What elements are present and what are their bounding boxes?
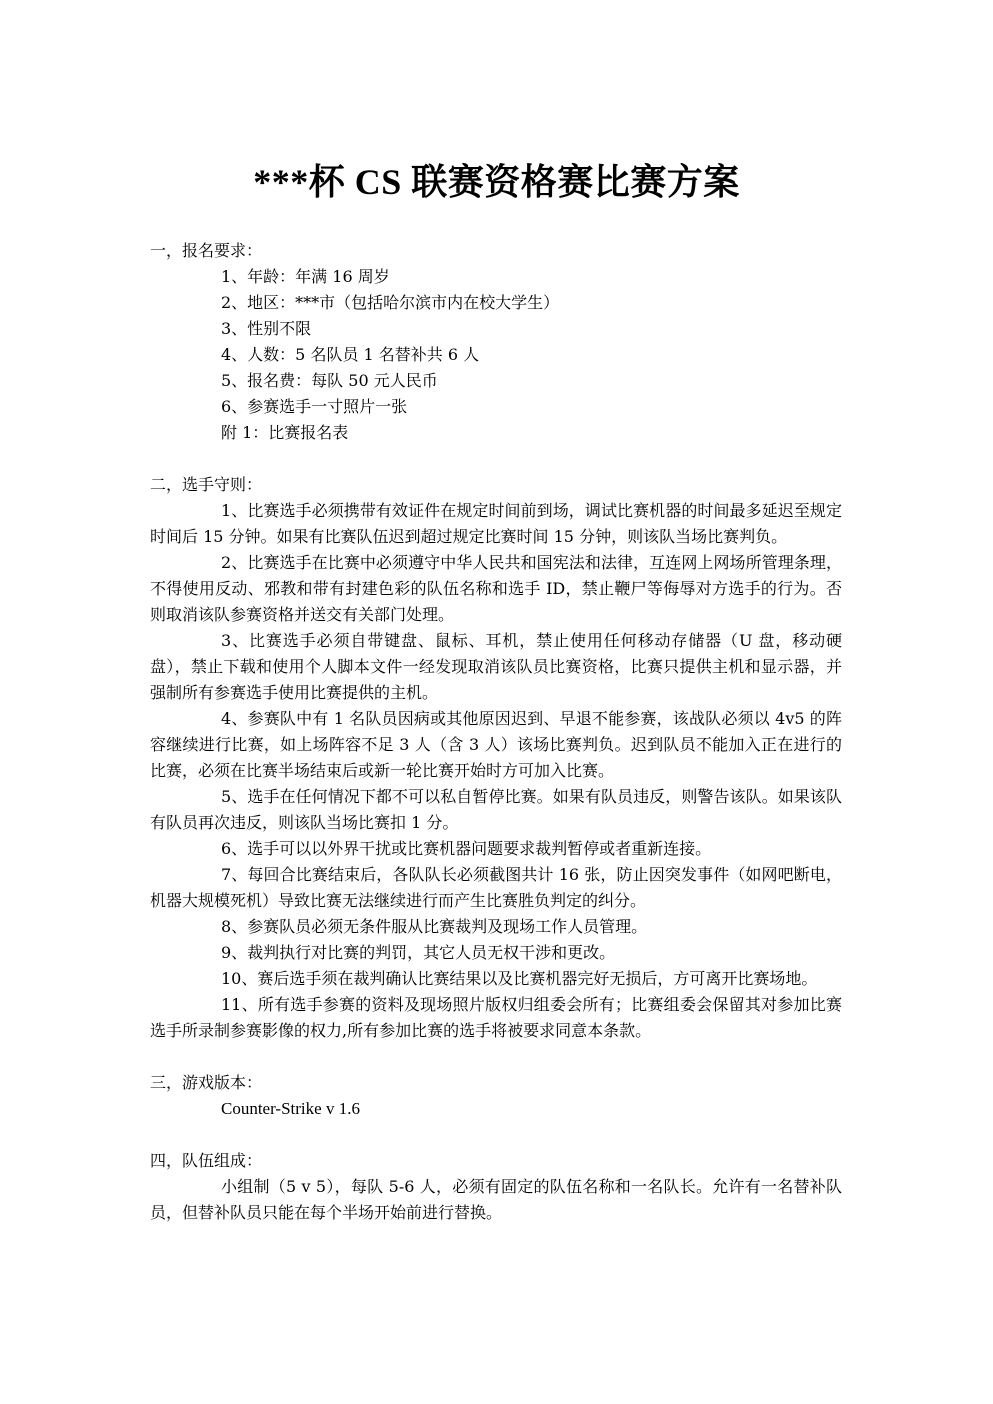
requirement-fee: 5、报名费：每队 50 元人民币 [150, 368, 842, 394]
rule-paragraph: 6、选手可以以外界干扰或比赛机器问题要求裁判暂停或者重新连接。 [150, 836, 842, 862]
rule-paragraph: 5、选手在任何情况下都不可以私自暂停比赛。如果有队员违反，则警告该队。如果该队有… [150, 784, 842, 836]
section-heading: 四，队伍组成： [150, 1148, 842, 1174]
rule-paragraph: 9、裁判执行对比赛的判罚，其它人员无权干涉和更改。 [150, 940, 842, 966]
requirement-region: 2、地区：***市（包括哈尔滨市内在校大学生） [150, 290, 842, 316]
game-version-value: Counter-Strike v 1.6 [150, 1096, 842, 1122]
section-registration-requirements: 一，报名要求： 1、年龄：年满 16 周岁 2、地区：***市（包括哈尔滨市内在… [150, 238, 842, 446]
document-title: ***杯 CS 联赛资格赛比赛方案 [0, 158, 993, 206]
rule-paragraph: 1、比赛选手必须携带有效证件在规定时间前到场，调试比赛机器的时间最多延迟至规定时… [150, 498, 842, 550]
document-body: 一，报名要求： 1、年龄：年满 16 周岁 2、地区：***市（包括哈尔滨市内在… [150, 238, 842, 1252]
rule-paragraph: 4、参赛队中有 1 名队员因病或其他原因迟到、早退不能参赛，该战队必须以 4v5… [150, 706, 842, 784]
rule-paragraph: 3、比赛选手必须自带键盘、鼠标、耳机，禁止使用任何移动存储器（U 盘，移动硬盘）… [150, 628, 842, 706]
section-player-rules: 二，选手守则： 1、比赛选手必须携带有效证件在规定时间前到场，调试比赛机器的时间… [150, 472, 842, 1044]
section-heading: 一，报名要求： [150, 238, 842, 264]
requirement-team-size: 4、人数：5 名队员 1 名替补共 6 人 [150, 342, 842, 368]
requirement-age: 1、年龄：年满 16 周岁 [150, 264, 842, 290]
rule-paragraph: 7、每回合比赛结束后，各队队长必须截图共计 16 张，防止因突发事件（如网吧断电… [150, 862, 842, 914]
section-team-composition: 四，队伍组成： 小组制（5 v 5），每队 5-6 人，必须有固定的队伍名称和一… [150, 1148, 842, 1226]
section-heading: 二，选手守则： [150, 472, 842, 498]
section-heading: 三，游戏版本： [150, 1070, 842, 1096]
rule-paragraph: 8、参赛队员必须无条件服从比赛裁判及现场工作人员管理。 [150, 914, 842, 940]
rule-paragraph: 11、所有选手参赛的资料及现场照片版权归组委会所有；比赛组委会保留其对参加比赛选… [150, 992, 842, 1044]
attachment-registration-form: 附 1：比赛报名表 [150, 420, 842, 446]
rule-paragraph: 10、赛后选手须在裁判确认比赛结果以及比赛机器完好无损后，方可离开比赛场地。 [150, 966, 842, 992]
requirement-photo: 6、参赛选手一寸照片一张 [150, 394, 842, 420]
requirement-gender: 3、性别不限 [150, 316, 842, 342]
team-composition-paragraph: 小组制（5 v 5），每队 5-6 人，必须有固定的队伍名称和一名队长。允许有一… [150, 1174, 842, 1226]
rule-paragraph: 2、比赛选手在比赛中必须遵守中华人民共和国宪法和法律，互连网上网场所管理条理，不… [150, 550, 842, 628]
section-game-version: 三，游戏版本： Counter-Strike v 1.6 [150, 1070, 842, 1122]
document-page: ***杯 CS 联赛资格赛比赛方案 一，报名要求： 1、年龄：年满 16 周岁 … [0, 0, 993, 1404]
